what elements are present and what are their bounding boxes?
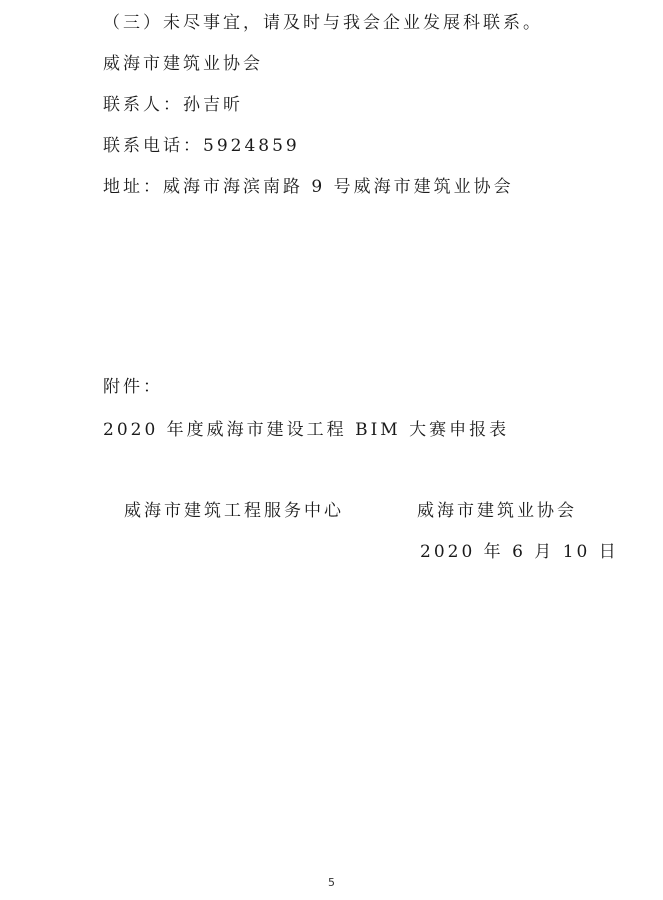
organization-name: 威海市建筑业协会 (103, 53, 263, 75)
page-number: 5 (0, 876, 663, 889)
signature-issuer-2: 威海市建筑业协会 (417, 500, 577, 522)
attachment-title: 2020 年度威海市建设工程 BIM 大赛申报表 (103, 419, 509, 441)
item-3-text: （三）未尽事宜，请及时与我会企业发展科联系。 (103, 12, 543, 34)
contact-person: 联系人：孙吉昕 (103, 94, 243, 116)
signature-date: 2020 年 6 月 10 日 (420, 541, 619, 563)
address: 地址：威海市海滨南路 9 号威海市建筑业协会 (103, 176, 514, 198)
signature-issuer-1: 威海市建筑工程服务中心 (124, 500, 344, 522)
attachment-label: 附件： (103, 376, 163, 398)
contact-phone: 联系电话：5924859 (103, 135, 300, 157)
